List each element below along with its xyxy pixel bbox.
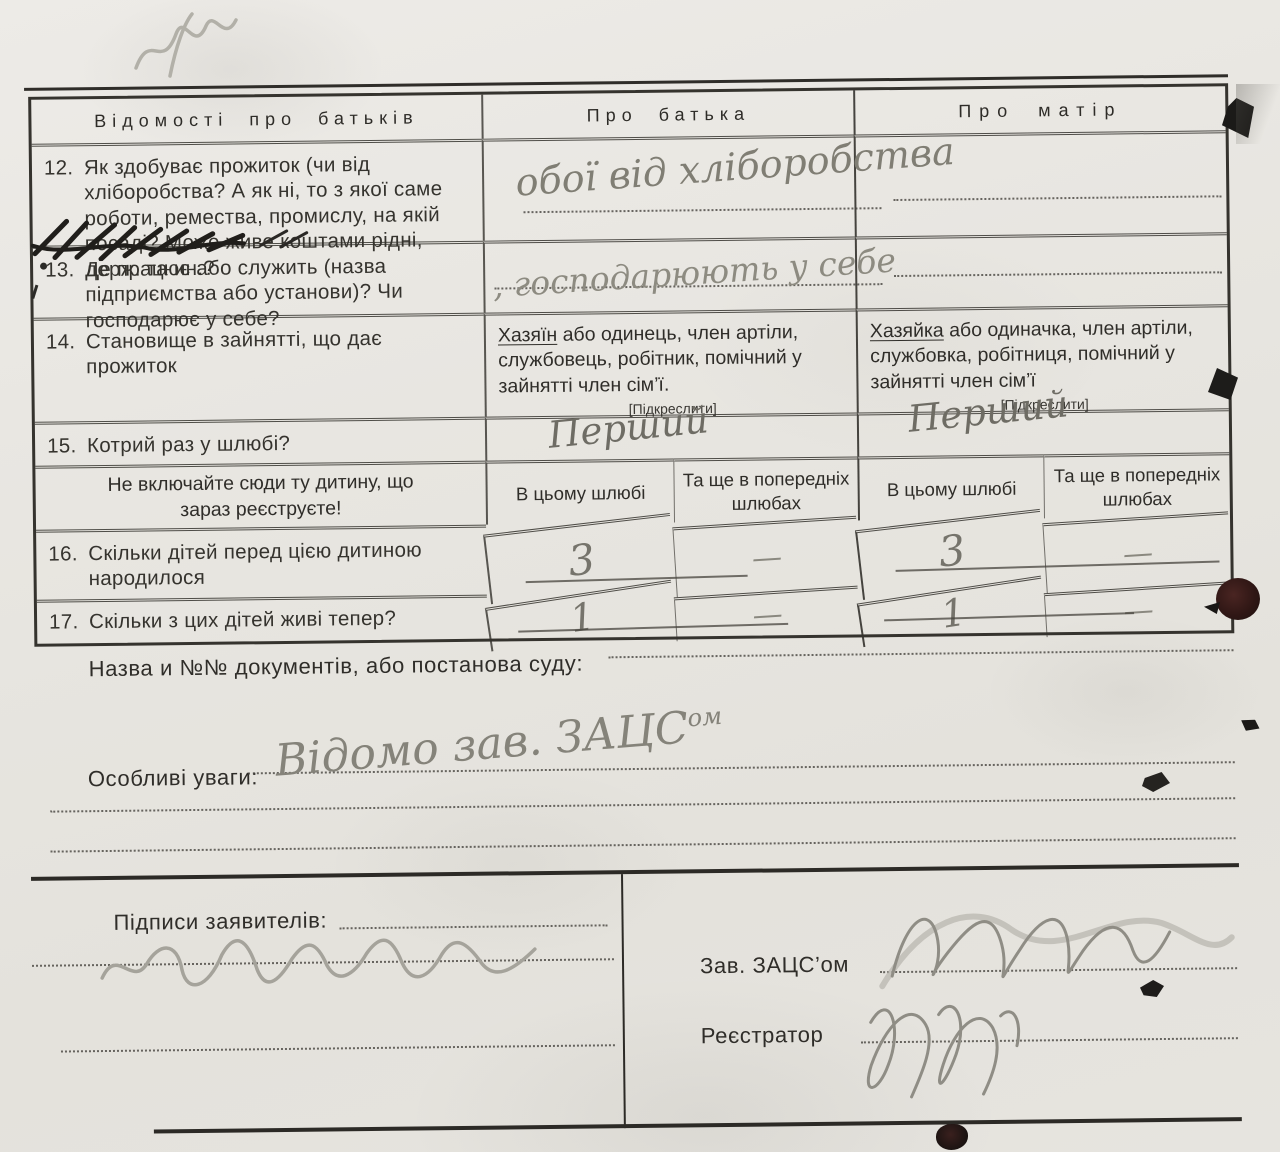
documents-dotline <box>609 649 1234 658</box>
right-edge-shading <box>1236 84 1280 144</box>
occupation-mother-underlined: Хазяйка <box>870 319 944 342</box>
section-divider-rule <box>31 863 1239 881</box>
ink-hole-spot <box>1216 578 1260 620</box>
col-header-father: Про батька <box>481 90 853 138</box>
question-17-number: 17. <box>49 609 89 643</box>
vertical-divider <box>621 874 626 1128</box>
question-16-number: 16. <box>48 541 89 599</box>
scanned-registration-form: { "table": { "header": { "info": "Відомо… <box>0 0 1280 1152</box>
exclusion-note: Не включайте сюди ту дитину, що зараз ре… <box>35 461 486 530</box>
question-16: 16. Скільки дітей перед цією дитиною нар… <box>36 525 487 600</box>
question-14-number: 14. <box>46 329 87 421</box>
remarks-handwriting-sup: ом <box>686 702 723 733</box>
question-17: 17. Скільки з цих дітей живі тепер? <box>37 595 487 644</box>
father-prev-marriages-header: Та ще в попередніх шлюбах <box>673 456 858 522</box>
col-header-info: Відомості про батьків <box>31 95 481 144</box>
question-14: 14. Становище в зайнятті, що дає прожито… <box>34 313 485 422</box>
question-13-text: Де працює або служить (назва підприємств… <box>85 253 476 317</box>
spare-dotline-1 <box>50 797 1235 812</box>
remarks-handwriting: Відомо зав. ЗАЦСом <box>273 699 725 786</box>
question-13-number: 13. <box>45 257 86 317</box>
documents-label: Назва и №№ документів, або постанова суд… <box>89 651 584 683</box>
applicant-dotline-3 <box>61 1044 615 1052</box>
pencil-dot-mark <box>40 263 47 270</box>
registrar-signature <box>840 975 1062 1122</box>
spare-dotline-2 <box>51 837 1236 852</box>
question-15: 15. Котрий раз у шлюбі? <box>35 417 485 466</box>
small-ink-mark-1 <box>1238 714 1262 736</box>
remarks-label: Особливі уваги: <box>88 764 258 792</box>
children-before-mother-prev: — <box>1042 511 1232 593</box>
bottom-rule <box>154 1117 1242 1133</box>
head-registrar-label: Зав. ЗАЦС’ом <box>700 952 849 980</box>
corner-pencil-note <box>118 6 258 86</box>
mother-prev-marriages-header: Та ще в попередніх шлюбах <box>1043 452 1230 518</box>
registrar-label: Реєстратор <box>701 1022 824 1049</box>
question-15-number: 15. <box>47 433 87 465</box>
answer-13-mother-cell <box>855 232 1228 308</box>
form-sheet: Відомості про батьків Про батька Про мат… <box>22 71 1246 1147</box>
ink-scribble <box>28 208 329 261</box>
occupation-father-underlined: Хазяїн <box>498 324 558 347</box>
remarks-handwriting-main: Відомо зав. ЗАЦС <box>273 702 690 786</box>
children-before-father-prev: — <box>672 516 860 598</box>
question-14-text: Становище в зайнятті, що дає прожиток <box>86 325 477 421</box>
question-15-text: Котрий раз у шлюбі? <box>87 429 477 465</box>
applicant-signature <box>87 921 558 1001</box>
bottom-edge-spot <box>936 1124 968 1150</box>
question-17-text: Скільки з цих дітей живі тепер? <box>89 605 479 643</box>
col-header-mother: Про матір <box>853 86 1225 134</box>
question-16-text: Скільки дітей перед цією дитиною народил… <box>88 537 479 599</box>
occupation-options-father: Хазяїн або одинець, член артіли, службов… <box>484 308 857 416</box>
